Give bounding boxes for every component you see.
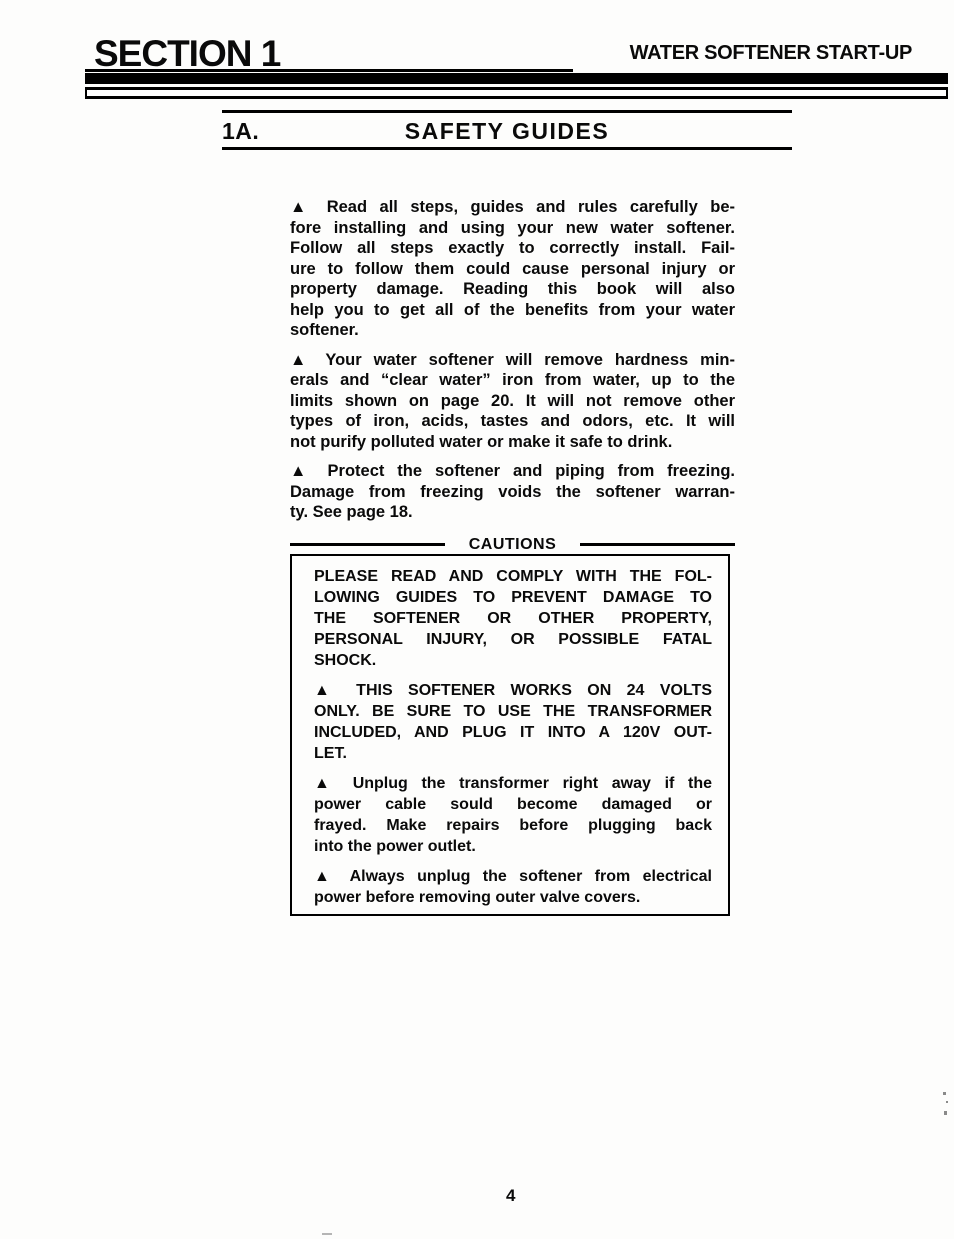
cautions-paragraph-always-unplug: ▲ Always unplug the softener from electr… <box>314 866 712 908</box>
subsection-number: 1A. <box>222 118 259 145</box>
cautions-paragraph-please-read: PLEASE READ AND COMPLY WITH THE FOL-LOWI… <box>314 566 712 671</box>
body-paragraph-hardness-minerals: ▲ Your water softener will remove hardne… <box>290 350 735 453</box>
section-title-underline <box>85 69 573 72</box>
cautions-box: PLEASE READ AND COMPLY WITH THE FOL-LOWI… <box>290 554 730 916</box>
scan-speckle <box>943 1092 946 1095</box>
page-number: 4 <box>506 1186 515 1206</box>
subsection-header: 1A. SAFETY GUIDES <box>222 110 792 150</box>
scan-speckle <box>322 1233 332 1235</box>
cautions-header: CAUTIONS <box>290 537 735 553</box>
cautions-rule-left <box>290 543 445 546</box>
cautions-paragraph-unplug-transformer: ▲ Unplug the transformer right away if t… <box>314 773 712 857</box>
body-column: ▲ Read all steps, guides and rules caref… <box>290 197 735 916</box>
manual-page: SECTION 1 WATER SOFTENER START-UP 1A. SA… <box>0 0 954 1239</box>
cautions-rule-right <box>580 543 735 546</box>
subsection-title: SAFETY GUIDES <box>222 113 792 145</box>
header-right-title: WATER SOFTENER START-UP <box>630 42 912 65</box>
subsection-rule-bottom <box>222 147 792 150</box>
header-bar-hollow <box>85 87 948 99</box>
subsection-title-row: 1A. SAFETY GUIDES <box>222 113 792 147</box>
scan-speckle <box>944 1111 947 1115</box>
cautions-title: CAUTIONS <box>445 536 581 554</box>
scan-speckle <box>946 1101 948 1103</box>
header-bar-solid <box>85 73 948 84</box>
body-paragraph-freezing: ▲ Protect the softener and piping from f… <box>290 461 735 523</box>
body-paragraph-read-all-steps: ▲ Read all steps, guides and rules caref… <box>290 197 735 341</box>
cautions-paragraph-24-volts: ▲ THIS SOFTENER WORKS ON 24 VOLTSONLY. B… <box>314 680 712 764</box>
